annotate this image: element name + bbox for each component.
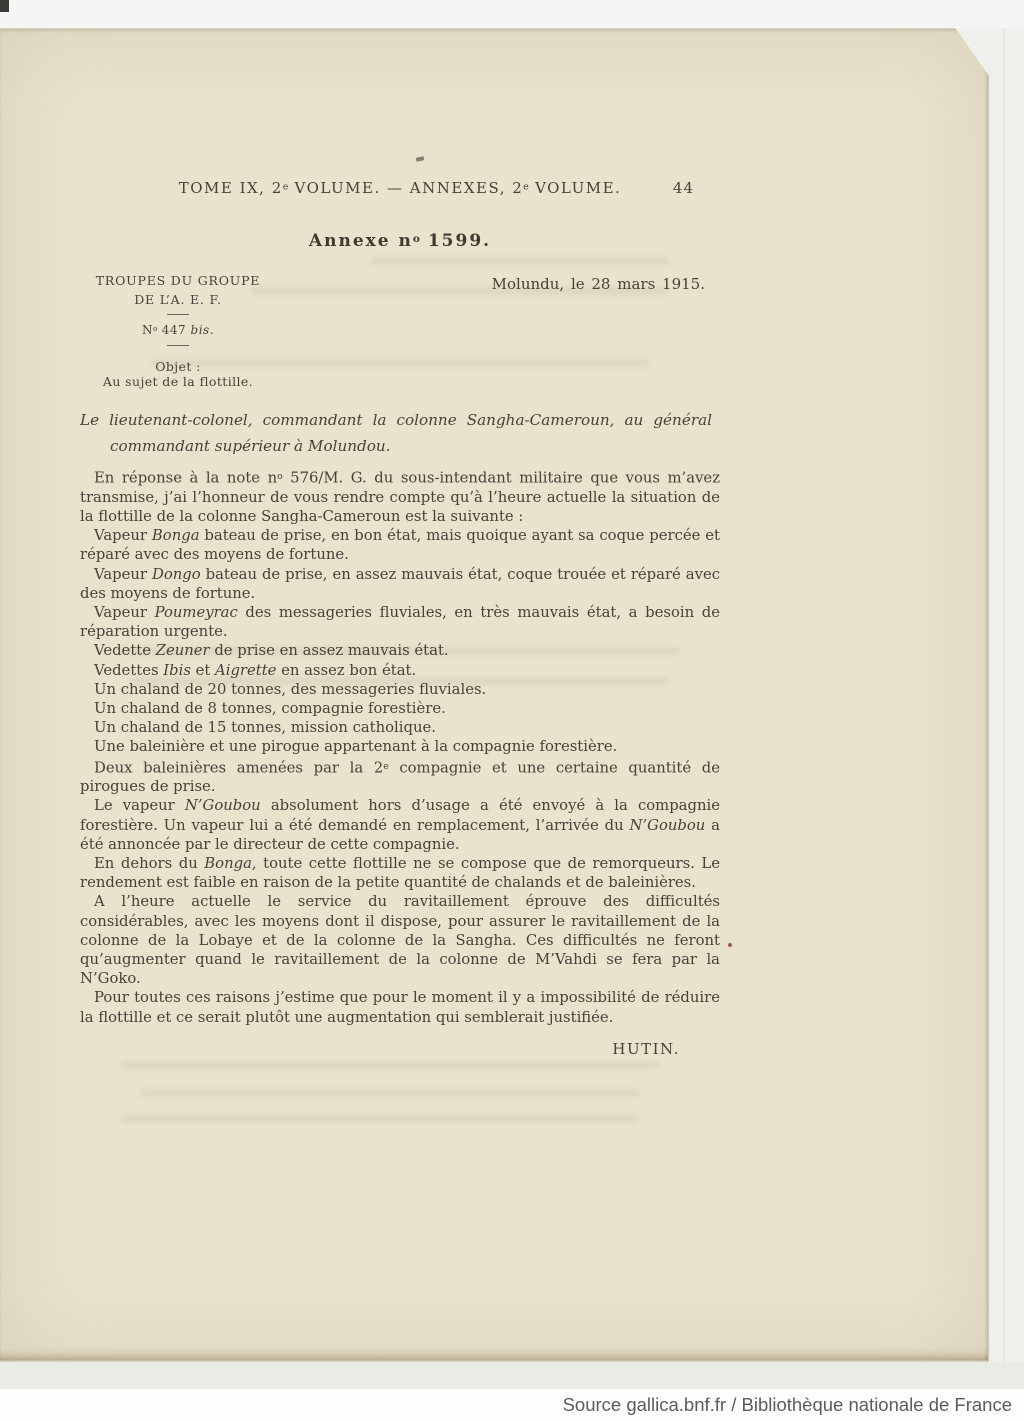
text-segment: Annexe n bbox=[309, 231, 413, 251]
body-paragraph: Vedettes Ibis et Aigrette en assez bon é… bbox=[80, 661, 720, 680]
bleed-through-smudge bbox=[370, 257, 670, 265]
gallica-source-bar: Source gallica.bnf.fr / Bibliothèque nat… bbox=[0, 1389, 1024, 1421]
body-paragraph: Pour toutes ces raisons j’estime que pou… bbox=[80, 988, 720, 1026]
document-page: TOME IX, 2e VOLUME. — ANNEXES, 2e VOLUME… bbox=[0, 28, 989, 1363]
objet-value: Au sujet de la flottille. bbox=[92, 374, 264, 389]
page-edge-crease bbox=[1004, 28, 1005, 1362]
text-segment: Un chaland de 8 tonnes, compagnie forest… bbox=[94, 700, 446, 717]
text-segment: 1599. bbox=[420, 231, 491, 251]
text-segment: Vapeur bbox=[94, 527, 152, 544]
salutation: Le lieutenant-colonel, commandant la col… bbox=[80, 407, 712, 459]
scan-corner-artifact bbox=[0, 0, 9, 12]
dateline: Molundu, le 28 mars 1915. bbox=[492, 275, 705, 293]
scan-footer-band bbox=[0, 1362, 1024, 1389]
text-segment: VOLUME. bbox=[529, 179, 622, 197]
letterhead-objet: Objet : Au sujet de la flottille. bbox=[92, 359, 264, 389]
text-segment: Un chaland de 20 tonnes, des messageries… bbox=[94, 681, 486, 698]
text-segment: Deux baleinières amenées par la 2 bbox=[94, 759, 383, 776]
text-segment: En dehors du bbox=[94, 855, 204, 872]
running-header: TOME IX, 2e VOLUME. — ANNEXES, 2e VOLUME… bbox=[80, 179, 720, 197]
bleed-through-smudge bbox=[120, 1115, 640, 1123]
text-segment: N bbox=[142, 323, 153, 337]
page-number: 44 bbox=[673, 179, 694, 197]
text-segment: En réponse à la note n bbox=[94, 469, 277, 486]
body-paragraph: Deux baleinières amenées par la 2e compa… bbox=[80, 757, 720, 797]
body-paragraph: Vapeur Dongo bateau de prise, en assez m… bbox=[80, 565, 720, 603]
letterhead-unit-line1: TROUPES DU GROUPE bbox=[92, 271, 264, 290]
text-segment: de prise en assez mauvais état. bbox=[210, 642, 449, 659]
body-paragraph: En dehors du Bonga, toute cette flottill… bbox=[80, 854, 720, 892]
signature: HUTIN. bbox=[80, 1040, 720, 1058]
page-bottom-edge bbox=[0, 1347, 988, 1363]
text-segment: o bbox=[413, 233, 420, 245]
text-segment: TOME IX, 2 bbox=[179, 179, 283, 197]
text-segment: Dongo bbox=[152, 566, 201, 583]
body-paragraphs: En réponse à la note no 576/M. G. du sou… bbox=[80, 467, 720, 1027]
body-paragraph: Vapeur Poumeyrac des messageries fluvial… bbox=[80, 603, 720, 641]
separator-rule bbox=[167, 345, 189, 346]
text-segment: Zeuner bbox=[156, 642, 210, 659]
text-segment: 447 bbox=[157, 323, 190, 337]
text-segment: bis. bbox=[191, 323, 215, 337]
text-segment: Aigrette bbox=[215, 662, 276, 679]
text-segment: et bbox=[191, 662, 215, 679]
text-segment: Vedette bbox=[94, 642, 156, 659]
letterhead: TROUPES DU GROUPE DE L’A. E. F. No 447 b… bbox=[92, 271, 264, 389]
letterhead-unit-line2: DE L’A. E. F. bbox=[92, 290, 264, 309]
body-paragraph: Vedette Zeuner de prise en assez mauvais… bbox=[80, 641, 720, 660]
page-content: TOME IX, 2e VOLUME. — ANNEXES, 2e VOLUME… bbox=[80, 29, 720, 251]
print-artifact-dot bbox=[728, 943, 732, 947]
text-segment: A l’heure actuelle le service du ravitai… bbox=[80, 893, 720, 987]
text-segment: Le lieutenant-colonel, commandant la col… bbox=[80, 411, 712, 455]
bleed-through-smudge bbox=[120, 1061, 660, 1069]
text-segment: Un chaland de 15 tonnes, mission catholi… bbox=[94, 719, 436, 736]
body-paragraph: Le vapeur N’Goubou absolument hors d’usa… bbox=[80, 796, 720, 854]
running-header-title: TOME IX, 2e VOLUME. — ANNEXES, 2e VOLUME… bbox=[179, 179, 622, 197]
text-segment: Ibis bbox=[163, 662, 191, 679]
separator-rule bbox=[167, 314, 189, 315]
text-segment: Vedettes bbox=[94, 662, 163, 679]
text-segment: en assez bon état. bbox=[276, 662, 416, 679]
text-segment: Vapeur bbox=[94, 566, 152, 583]
body-paragraph: Vapeur Bonga bateau de prise, en bon éta… bbox=[80, 526, 720, 564]
text-segment: Bonga bbox=[152, 527, 200, 544]
body-paragraph: Un chaland de 8 tonnes, compagnie forest… bbox=[80, 699, 720, 718]
text-segment: Le vapeur bbox=[94, 797, 185, 814]
text-segment: Une baleinière et une pirogue appartenan… bbox=[94, 738, 617, 755]
body-paragraph: A l’heure actuelle le service du ravitai… bbox=[80, 892, 720, 988]
scanned-document-viewer: TOME IX, 2e VOLUME. — ANNEXES, 2e VOLUME… bbox=[0, 0, 1024, 1421]
bleed-through-smudge bbox=[140, 1089, 640, 1097]
text-segment: Poumeyrac bbox=[155, 604, 238, 621]
text-segment: N’Goubou bbox=[185, 797, 261, 814]
annexe-title: Annexe no 1599. bbox=[80, 231, 720, 251]
body-paragraph: Un chaland de 20 tonnes, des messageries… bbox=[80, 680, 720, 699]
letterhead-reference: No 447 bis. bbox=[92, 319, 264, 340]
text-segment: Vapeur bbox=[94, 604, 155, 621]
text-segment: VOLUME. — ANNEXES, 2 bbox=[288, 179, 523, 197]
text-segment: N’Goubou bbox=[630, 817, 706, 834]
body-paragraph: Un chaland de 15 tonnes, mission catholi… bbox=[80, 718, 720, 737]
body-paragraph: En réponse à la note no 576/M. G. du sou… bbox=[80, 467, 720, 526]
scan-backdrop bbox=[0, 0, 1024, 28]
letter-body: En réponse à la note no 576/M. G. du sou… bbox=[80, 467, 720, 1058]
text-segment: Pour toutes ces raisons j’estime que pou… bbox=[80, 989, 720, 1025]
source-credit: Source gallica.bnf.fr / Bibliothèque nat… bbox=[563, 1394, 1012, 1416]
body-paragraph: Une baleinière et une pirogue appartenan… bbox=[80, 737, 720, 756]
text-segment: Bonga bbox=[204, 855, 252, 872]
objet-label: Objet : bbox=[92, 359, 264, 374]
